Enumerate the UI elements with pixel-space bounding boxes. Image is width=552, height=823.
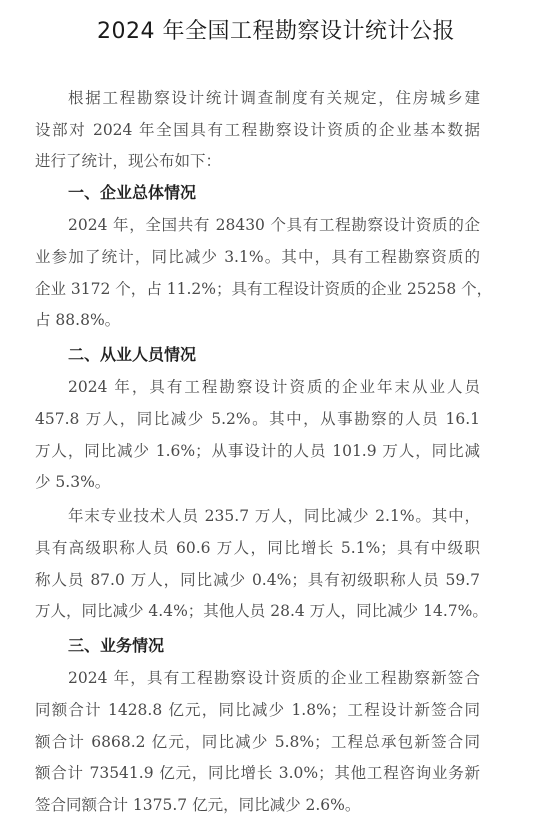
text-line: 签合同额合计 1375.7 亿元，同比减少 2.6%。	[35, 789, 480, 821]
section-heading: 二、从业人员情况	[68, 339, 196, 371]
text-line: 万人，同比减少 4.4%；其他人员 28.4 万人，同比减少 14.7%。	[35, 595, 480, 627]
text-line: 企业 3172 个，占 11.2%；具有工程设计资质的企业 25258 个，	[35, 273, 480, 305]
text-line: 占 88.8%。	[35, 304, 480, 336]
section-heading: 一、企业总体情况	[68, 177, 196, 209]
text-line: 进行了统计，现公布如下：	[35, 145, 480, 177]
text-line: 设部对 2024 年全国具有工程勘察设计资质的企业基本数据	[35, 114, 480, 146]
text-line: 额合计 73541.9 亿元，同比增长 3.0%；其他工程咨询业务新	[35, 757, 480, 789]
text-line: 同额合计 1428.8 亿元，同比减少 1.8%；工程设计新签合同	[35, 694, 480, 726]
text-line: 称人员 87.0 万人，同比减少 0.4%；具有初级职称人员 59.7	[35, 564, 480, 596]
text-line: 2024 年，具有工程勘察设计资质的企业工程勘察新签合	[68, 662, 480, 694]
text-line: 2024 年，全国共有 28430 个具有工程勘察设计资质的企	[68, 209, 480, 241]
text-line: 业参加了统计，同比减少 3.1%。其中，具有工程勘察资质的	[35, 241, 480, 273]
text-line: 年末专业技术人员 235.7 万人，同比减少 2.1%。其中，	[68, 500, 480, 532]
text-line: 2024 年，具有工程勘察设计资质的企业年末从业人员	[68, 371, 480, 403]
page-title: 2024 年全国工程勘察设计统计公报	[0, 14, 552, 50]
text-line: 根据工程勘察设计统计调查制度有关规定，住房城乡建	[68, 82, 480, 114]
text-line: 具有高级职称人员 60.6 万人，同比增长 5.1%；具有中级职	[35, 532, 480, 564]
text-line: 少 5.3%。	[35, 466, 480, 498]
section-heading: 三、业务情况	[68, 630, 164, 662]
text-line: 万人，同比减少 1.6%；从事设计的人员 101.9 万人，同比减	[35, 435, 480, 467]
text-line: 457.8 万人，同比减少 5.2%。其中，从事勘察的人员 16.1	[35, 403, 480, 435]
text-line: 额合计 6868.2 亿元，同比减少 5.8%；工程总承包新签合同	[35, 726, 480, 758]
